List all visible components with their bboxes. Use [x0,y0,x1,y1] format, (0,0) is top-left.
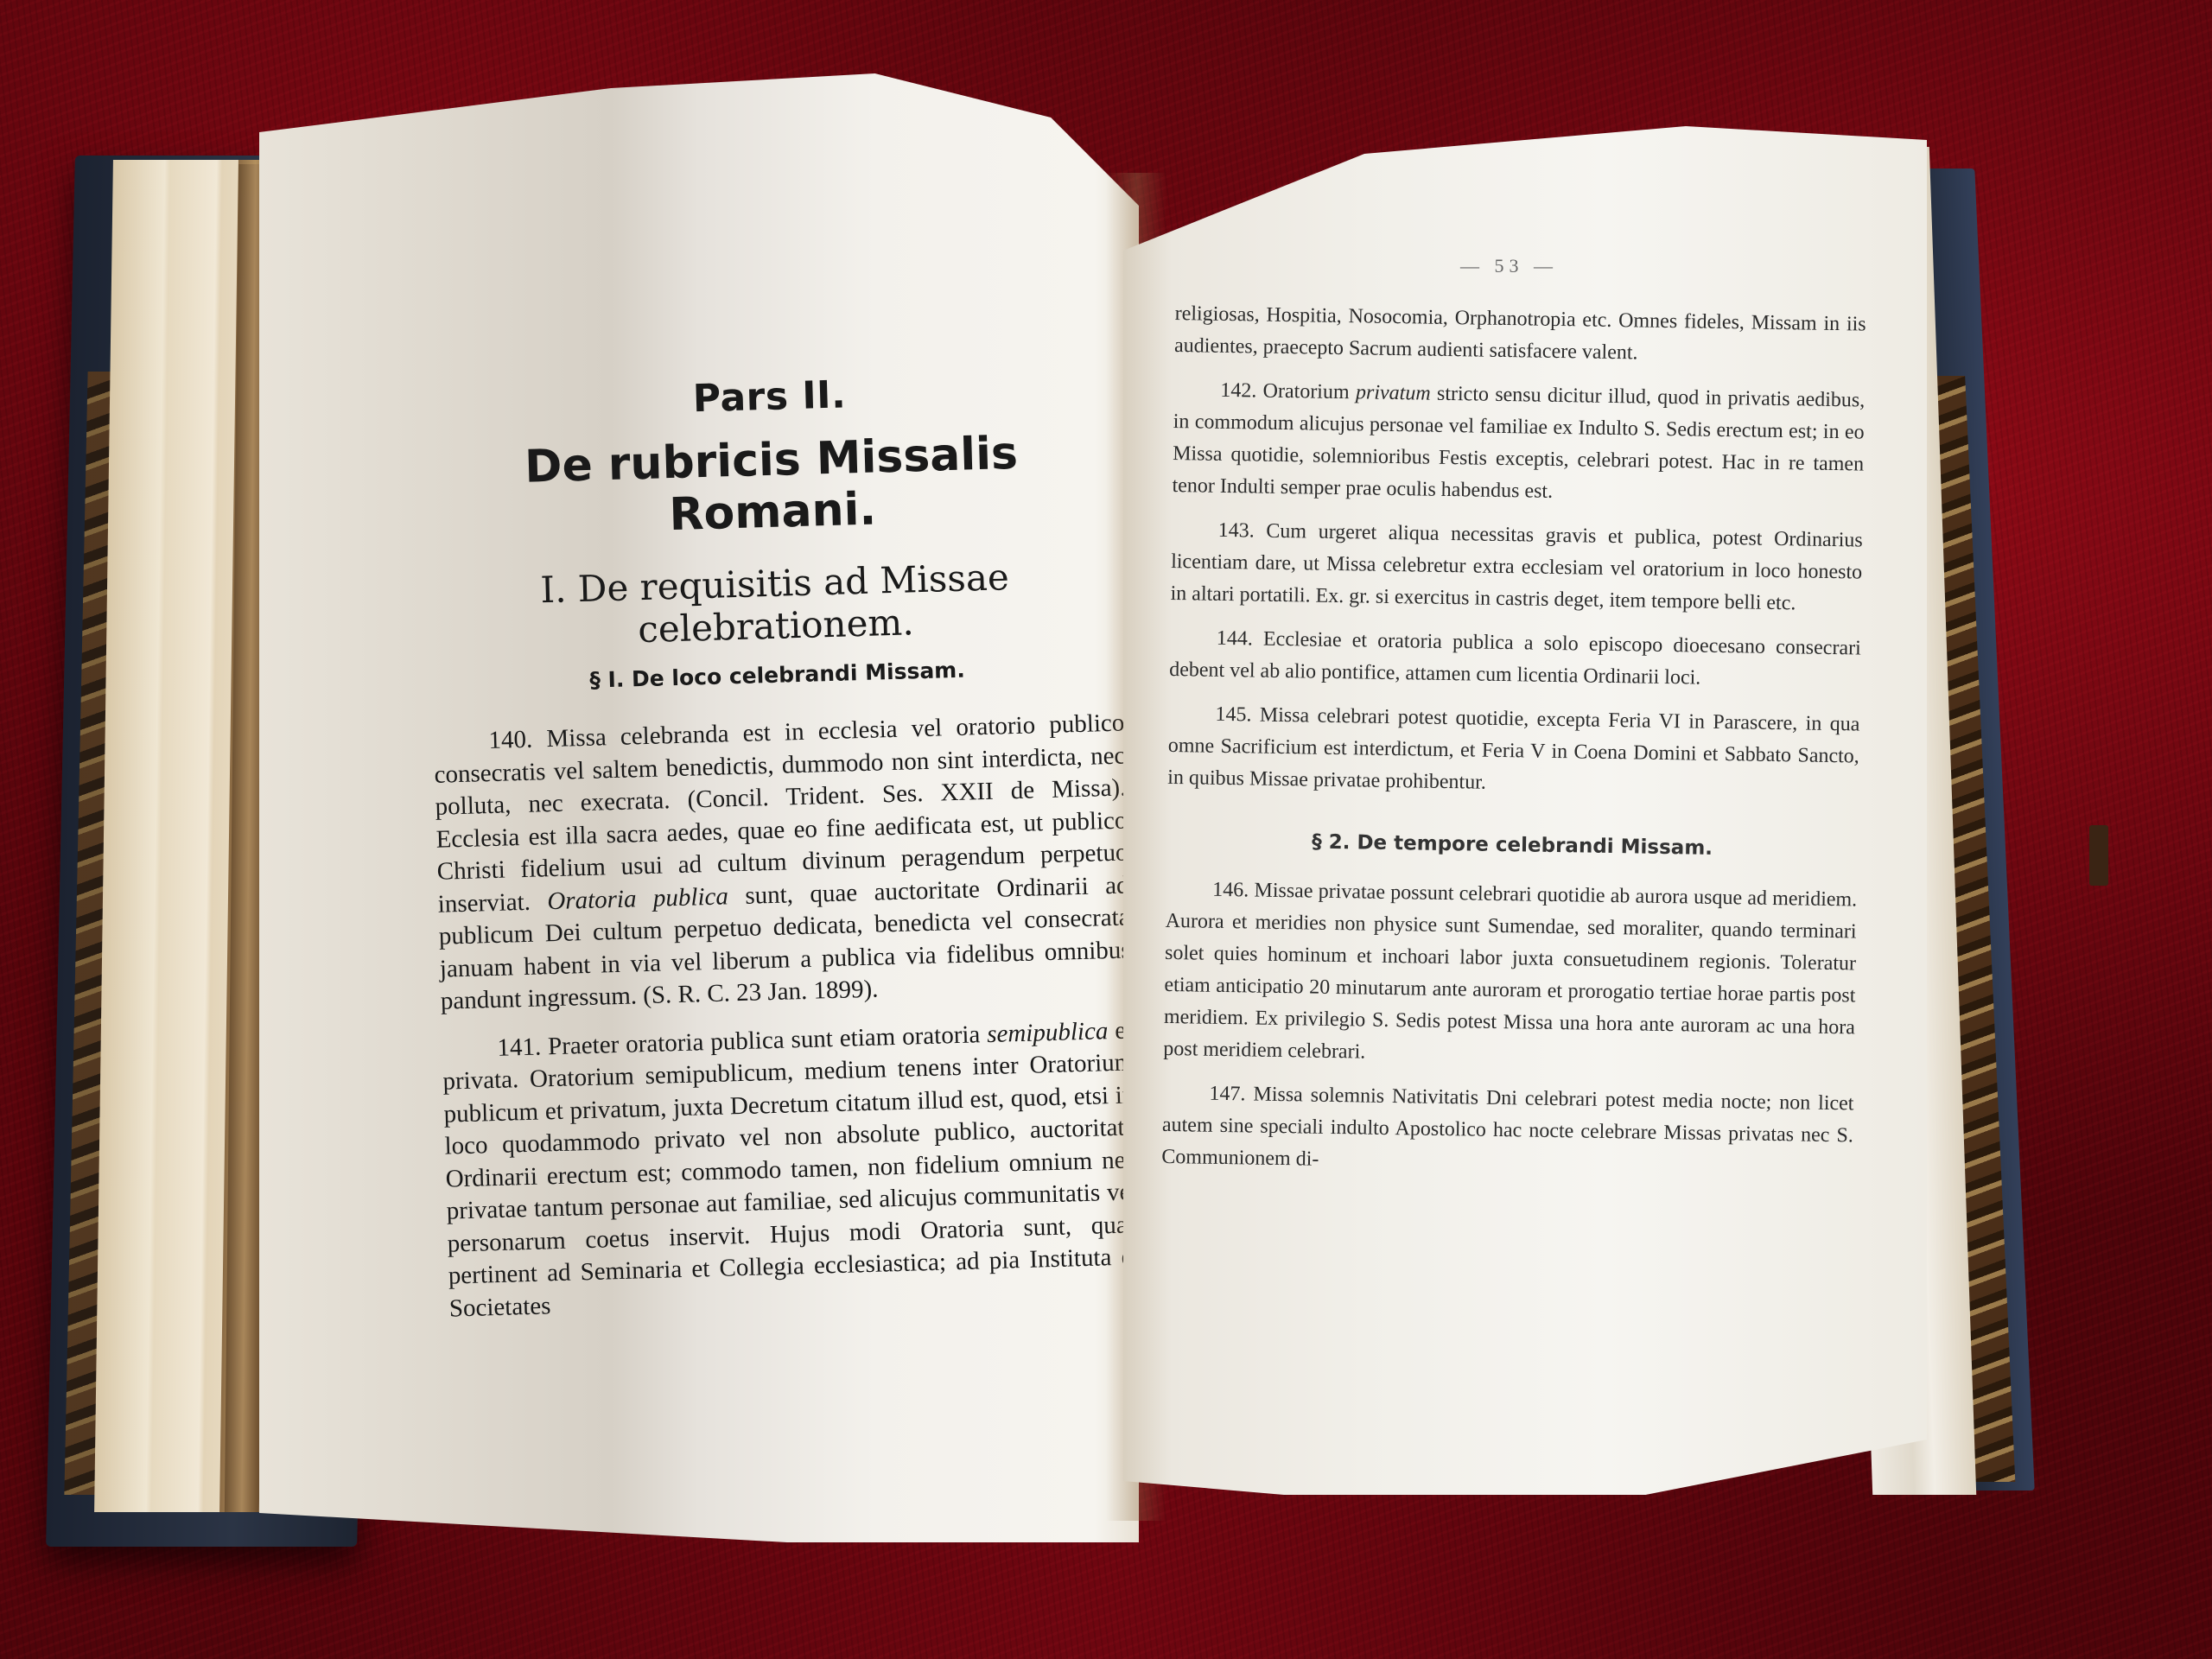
paragraph-143: 143. Cum urgeret aliqua necessitas gravi… [1170,514,1863,621]
paragraph-146: 146. Missae privatae possunt celebrari q… [1163,874,1857,1077]
page-number: — 53 — [1460,255,1558,277]
paragraph-italic-term: semipublica [987,1017,1109,1048]
paragraph-number: 145. [1215,703,1251,727]
paragraph-text: Oratorium [1262,380,1349,404]
paragraph-number: 146. [1212,879,1249,902]
paragraph-number: 142. [1220,379,1256,403]
paragraph-text: Missa solemnis Nativitatis Dni celebrari… [1161,1084,1853,1171]
paragraph-number: 144. [1217,627,1253,651]
paragraph-number: 143. [1218,519,1255,543]
part-title: Pars II. [423,365,1116,429]
paragraph-text: sunt, quae auctoritate Ordinarii ad publ… [438,871,1131,1015]
main-title: De rubricis Missalis Romani. [425,425,1119,548]
paragraph-147: 147. Missa solemnis Nativitatis Dni cele… [1161,1077,1854,1185]
paragraph-text: Cum urgeret aliqua necessitas gravis et … [1170,520,1862,615]
paragraph-text: Ecclesiae et oratoria publica a solo epi… [1169,628,1861,690]
paragraph-142: 142. Oratorium privatum stricto sensu di… [1172,374,1865,513]
right-page-text: religiosas, Hospitia, Nosocomia, Orphano… [1161,298,1866,1196]
section-title: § I. De loco celebrandi Missam. [431,653,1122,697]
paragraph-italic-term: Oratoria publica [547,882,728,915]
chapter-title: I. De requisitis ad Missae celebrationem… [429,553,1122,657]
paragraph-continuation: religiosas, Hospitia, Nosocomia, Orphano… [1174,298,1866,373]
paragraph-140: 140. Missa celebranda est in ecclesia ve… [433,708,1132,1019]
paragraph-number: 147. [1209,1083,1245,1106]
paragraph-text: Missae privatae possunt celebrari quotid… [1163,880,1857,1064]
paragraph-italic-term: privatum [1356,381,1431,404]
paragraph-number: 140. [488,726,533,754]
right-page: — 53 — religiosas, Hospitia, Nosocomia, … [1123,112,1927,1495]
paragraph-text: Missa celebrari potest quotidie, excepta… [1167,704,1859,794]
paragraph-141: 141. Praeter oratoria publica sunt etiam… [442,1014,1139,1325]
section-title: § 2. De tempore celebrandi Missam. [1166,829,1858,862]
left-page-text: Pars II. De rubricis Missalis Romani. I.… [423,365,1139,1341]
paragraph-144: 144. Ecclesiae et oratoria publica a sol… [1169,622,1861,697]
paragraph-number: 141. [497,1033,542,1061]
paragraph-145: 145. Missa celebrari potest quotidie, ex… [1167,698,1860,805]
ribbon-tab [2089,825,2108,886]
paragraph-text: et privata. Oratorium semipublicum, medi… [442,1016,1139,1322]
left-page: Pars II. De rubricis Missalis Romani. I.… [259,73,1139,1542]
